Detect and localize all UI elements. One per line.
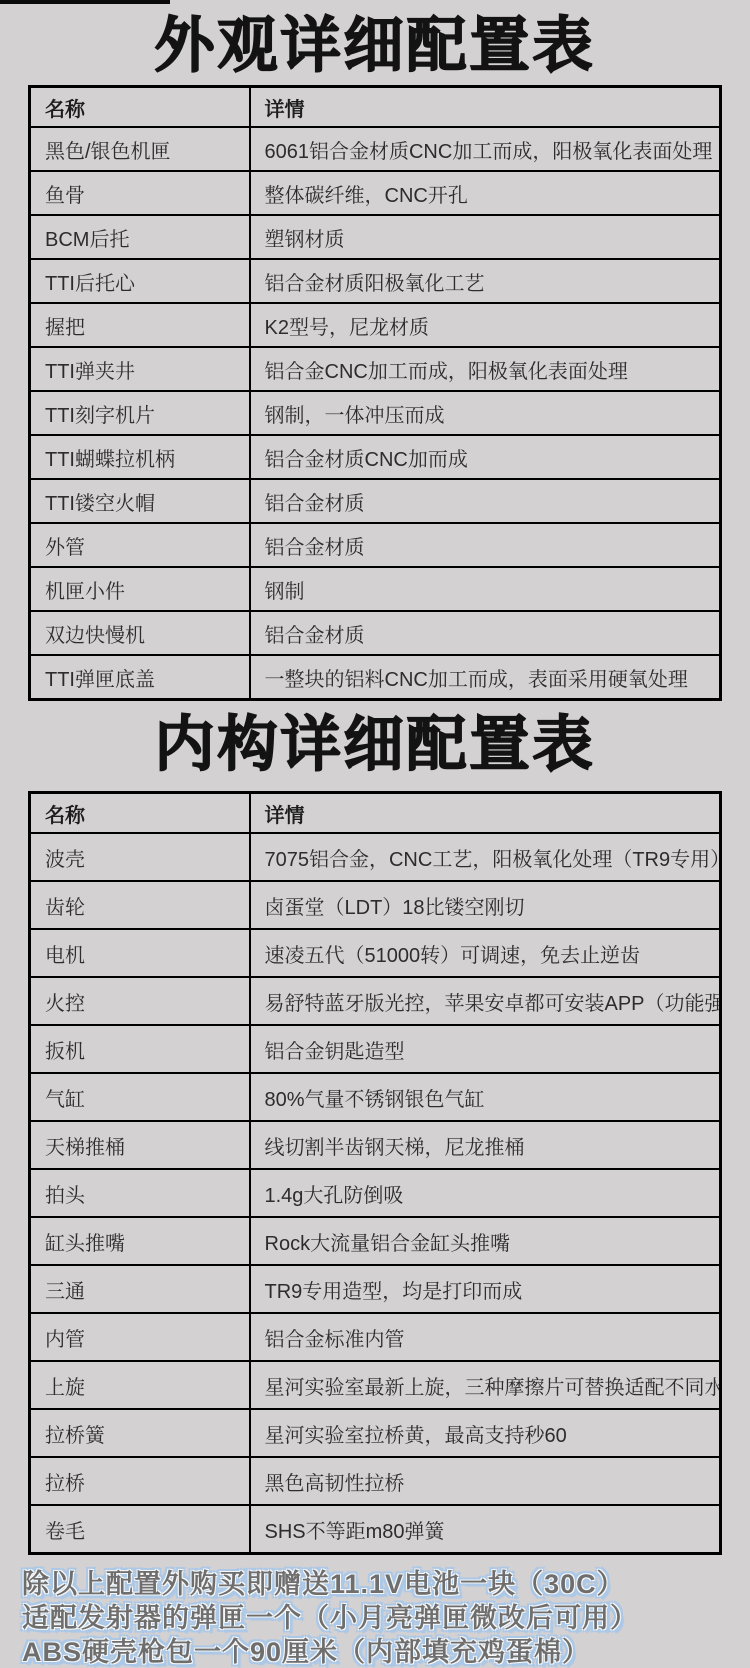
bonus-footer: 除以上配置外购买即赠送11.1V电池一块（30C）适配发射器的弹匣一个（小月亮弹… (22, 1567, 750, 1668)
table-row: TTI后托心铝合金材质阳极氧化工艺 (30, 259, 721, 303)
bonus-line: 除以上配置外购买即赠送11.1V电池一块（30C） (22, 1567, 750, 1601)
spec-detail-cell: 铝合金材质CNC加而成 (250, 435, 721, 479)
spec-detail-cell: 星河实验室最新上旋，三种摩擦片可替换适配不同水宝宝 (250, 1361, 721, 1409)
table-row: 内管铝合金标准内管 (30, 1313, 721, 1361)
spec-name-cell: BCM后托 (30, 215, 250, 259)
spec-detail-cell: 1.4g大孔防倒吸 (250, 1169, 721, 1217)
table-row: TTI蝴蝶拉机柄铝合金材质CNC加而成 (30, 435, 721, 479)
internal-table-title: 内构详细配置表 (0, 701, 750, 779)
table-row: 黑色/银色机匣6061铝合金材质CNC加工而成，阳极氧化表面处理 (30, 127, 721, 171)
spec-detail-cell: 黑色高韧性拉桥 (250, 1457, 721, 1505)
table-row: TTI镂空火帽铝合金材质 (30, 479, 721, 523)
spec-name-cell: 拍头 (30, 1169, 250, 1217)
column-header-detail: 详情 (250, 793, 721, 834)
table-row: 缸头推嘴Rock大流量铝合金缸头推嘴 (30, 1217, 721, 1265)
spec-name-cell: 外管 (30, 523, 250, 567)
table-header-row: 名称 详情 (30, 793, 721, 834)
spec-name-cell: 双边快慢机 (30, 611, 250, 655)
spec-detail-cell: 一整块的铝料CNC加工而成，表面采用硬氧处理 (250, 655, 721, 700)
spec-name-cell: 扳机 (30, 1025, 250, 1073)
spec-detail-cell: 塑钢材质 (250, 215, 721, 259)
table-row: 双边快慢机铝合金材质 (30, 611, 721, 655)
column-header-detail: 详情 (250, 87, 721, 128)
spec-detail-cell: 易舒特蓝牙版光控，苹果安卓都可安装APP（功能强大） (250, 977, 721, 1025)
table-header-row: 名称 详情 (30, 87, 721, 128)
table-row: 鱼骨整体碳纤维，CNC开孔 (30, 171, 721, 215)
table-row: 拉桥簧星河实验室拉桥黄，最高支持秒60 (30, 1409, 721, 1457)
table-row: 波壳7075铝合金，CNC工艺，阳极氧化处理（TR9专用） (30, 833, 721, 881)
table-row: 火控易舒特蓝牙版光控，苹果安卓都可安装APP（功能强大） (30, 977, 721, 1025)
exterior-table-title: 外观详细配置表 (0, 0, 750, 80)
spec-detail-cell: 铝合金标准内管 (250, 1313, 721, 1361)
table-row: 拉桥黑色高韧性拉桥 (30, 1457, 721, 1505)
spec-name-cell: 三通 (30, 1265, 250, 1313)
spec-detail-cell: 铝合金材质 (250, 479, 721, 523)
spec-detail-cell: SHS不等距m80弹簧 (250, 1505, 721, 1554)
spec-name-cell: 齿轮 (30, 881, 250, 929)
table-row: 外管铝合金材质 (30, 523, 721, 567)
spec-name-cell: TTI弹夹井 (30, 347, 250, 391)
table-row: 机匣小件钢制 (30, 567, 721, 611)
spec-detail-cell: 80%气量不锈钢银色气缸 (250, 1073, 721, 1121)
spec-detail-cell: 线切割半齿钢天梯，尼龙推桶 (250, 1121, 721, 1169)
spec-name-cell: 波壳 (30, 833, 250, 881)
spec-name-cell: TTI刻字机片 (30, 391, 250, 435)
internal-spec-table: 名称 详情 波壳7075铝合金，CNC工艺，阳极氧化处理（TR9专用）齿轮卤蛋堂… (28, 791, 722, 1555)
top-edge-bar (0, 0, 170, 4)
spec-detail-cell: 铝合金材质阳极氧化工艺 (250, 259, 721, 303)
table-row: TTI弹匣底盖一整块的铝料CNC加工而成，表面采用硬氧处理 (30, 655, 721, 700)
spec-detail-cell: 卤蛋堂（LDT）18比镂空刚切 (250, 881, 721, 929)
spec-detail-cell: Rock大流量铝合金缸头推嘴 (250, 1217, 721, 1265)
spec-detail-cell: TR9专用造型，均是打印而成 (250, 1265, 721, 1313)
spec-detail-cell: 铝合金钥匙造型 (250, 1025, 721, 1073)
spec-detail-cell: 星河实验室拉桥黄，最高支持秒60 (250, 1409, 721, 1457)
table-row: 三通TR9专用造型，均是打印而成 (30, 1265, 721, 1313)
spec-name-cell: TTI弹匣底盖 (30, 655, 250, 700)
spec-detail-cell: 6061铝合金材质CNC加工而成，阳极氧化表面处理 (250, 127, 721, 171)
spec-name-cell: 电机 (30, 929, 250, 977)
spec-detail-cell: 整体碳纤维，CNC开孔 (250, 171, 721, 215)
table-row: 握把K2型号，尼龙材质 (30, 303, 721, 347)
spec-detail-cell: 速凌五代（51000转）可调速，免去止逆齿 (250, 929, 721, 977)
spec-name-cell: TTI后托心 (30, 259, 250, 303)
spec-detail-cell: 铝合金材质 (250, 523, 721, 567)
table-row: 上旋星河实验室最新上旋，三种摩擦片可替换适配不同水宝宝 (30, 1361, 721, 1409)
spec-detail-cell: 铝合金CNC加工而成，阳极氧化表面处理 (250, 347, 721, 391)
spec-name-cell: 气缸 (30, 1073, 250, 1121)
table-row: 拍头1.4g大孔防倒吸 (30, 1169, 721, 1217)
table-row: BCM后托塑钢材质 (30, 215, 721, 259)
table-row: 齿轮卤蛋堂（LDT）18比镂空刚切 (30, 881, 721, 929)
spec-name-cell: 卷毛 (30, 1505, 250, 1554)
bonus-line: ABS硬壳枪包一个90厘米（内部填充鸡蛋棉） (22, 1635, 750, 1668)
spec-name-cell: 拉桥 (30, 1457, 250, 1505)
table-row: 气缸80%气量不锈钢银色气缸 (30, 1073, 721, 1121)
table-row: 扳机铝合金钥匙造型 (30, 1025, 721, 1073)
spec-name-cell: TTI蝴蝶拉机柄 (30, 435, 250, 479)
spec-detail-cell: 钢制 (250, 567, 721, 611)
spec-detail-cell: 钢制，一体冲压而成 (250, 391, 721, 435)
bonus-line: 适配发射器的弹匣一个（小月亮弹匣微改后可用） (22, 1601, 750, 1635)
spec-name-cell: 黑色/银色机匣 (30, 127, 250, 171)
column-header-name: 名称 (30, 87, 250, 128)
spec-name-cell: 鱼骨 (30, 171, 250, 215)
spec-detail-cell: 7075铝合金，CNC工艺，阳极氧化处理（TR9专用） (250, 833, 721, 881)
column-header-name: 名称 (30, 793, 250, 834)
spec-detail-cell: 铝合金材质 (250, 611, 721, 655)
spec-name-cell: 内管 (30, 1313, 250, 1361)
table-row: 电机速凌五代（51000转）可调速，免去止逆齿 (30, 929, 721, 977)
exterior-spec-table: 名称 详情 黑色/银色机匣6061铝合金材质CNC加工而成，阳极氧化表面处理鱼骨… (28, 85, 722, 701)
table-row: TTI弹夹井铝合金CNC加工而成，阳极氧化表面处理 (30, 347, 721, 391)
spec-name-cell: 机匣小件 (30, 567, 250, 611)
spec-name-cell: 火控 (30, 977, 250, 1025)
spec-name-cell: 天梯推桶 (30, 1121, 250, 1169)
spec-name-cell: 拉桥簧 (30, 1409, 250, 1457)
table-row: 卷毛SHS不等距m80弹簧 (30, 1505, 721, 1554)
spec-detail-cell: K2型号，尼龙材质 (250, 303, 721, 347)
table-row: TTI刻字机片钢制，一体冲压而成 (30, 391, 721, 435)
spec-name-cell: 缸头推嘴 (30, 1217, 250, 1265)
spec-name-cell: 握把 (30, 303, 250, 347)
table-row: 天梯推桶线切割半齿钢天梯，尼龙推桶 (30, 1121, 721, 1169)
spec-name-cell: TTI镂空火帽 (30, 479, 250, 523)
spec-name-cell: 上旋 (30, 1361, 250, 1409)
